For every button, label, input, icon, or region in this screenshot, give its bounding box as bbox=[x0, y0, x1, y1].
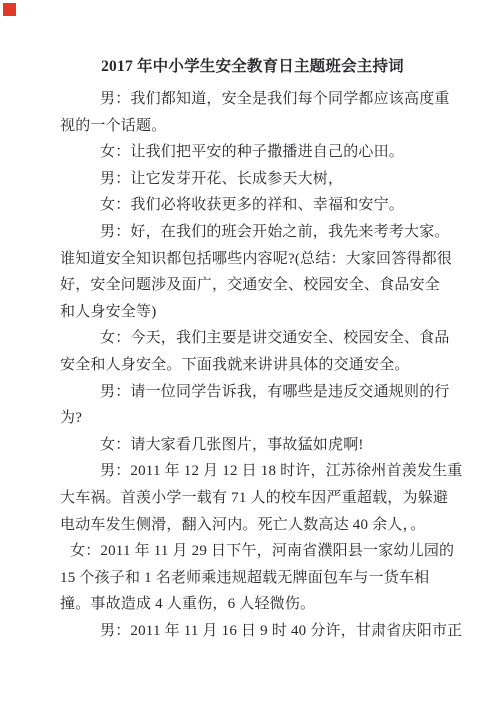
document-text-line: 男：好，在我们的班会开始之前，我先来考考大家。 bbox=[60, 219, 445, 246]
document-text-line: 女：让我们把平安的种子撒播进自己的心田。 bbox=[60, 139, 445, 166]
document-text-line: 安全和人身安全。下面我就来讲讲具体的交通安全。 bbox=[60, 352, 445, 379]
document-text-line: 大车祸。首羡小学一载有 71 人的校车因严重超载，为躲避 bbox=[60, 485, 445, 512]
document-text-line: 撞。事故造成 4 人重伤，6 人轻微伤。 bbox=[60, 591, 445, 618]
document-body: 男：我们都知道，安全是我们每个同学都应该高度重视的一个话题。女：让我们把平安的种… bbox=[60, 86, 445, 644]
document-text-line: 男：让它发芽开花、长成参天大树， bbox=[60, 166, 445, 193]
document-text-line: 视的一个话题。 bbox=[60, 113, 445, 140]
document-page: 2017 年中小学生安全教育日主题班会主持词 男：我们都知道，安全是我们每个同学… bbox=[0, 0, 500, 707]
document-title: 2017 年中小学生安全教育日主题班会主持词 bbox=[60, 54, 445, 80]
document-text-line: 男：我们都知道，安全是我们每个同学都应该高度重 bbox=[60, 86, 445, 113]
document-text-line: 女：2011 年 11 月 29 日下午，河南省濮阳县一家幼儿园的 bbox=[60, 538, 445, 565]
document-text-line: 男：2011 年 11 月 16 日 9 时 40 分许，甘肃省庆阳市正 bbox=[60, 618, 445, 645]
document-text-line: 好，安全问题涉及面广，交通安全、校园安全、食品安全 bbox=[60, 272, 445, 299]
document-text-line: 电动车发生侧滑，翻入河内。死亡人数高达 40 余人，。 bbox=[60, 512, 445, 539]
document-text-line: 男：请一位同学告诉我，有哪些是违反交通规则的行 bbox=[60, 379, 445, 406]
document-text-line: 女：今天，我们主要是讲交通安全、校园安全、食品 bbox=[60, 325, 445, 352]
document-text-line: 女：我们必将收获更多的祥和、幸福和安宁。 bbox=[60, 192, 445, 219]
document-text-line: 谁知道安全知识都包括哪些内容呢?(总结：大家回答得都很 bbox=[60, 246, 445, 273]
document-text-line: 和人身安全等) bbox=[60, 299, 445, 326]
document-text-line: 女：请大家看几张图片，事故猛如虎啊! bbox=[60, 432, 445, 459]
document-text-line: 男：2011 年 12 月 12 日 18 时许，江苏徐州首羡发生重 bbox=[60, 458, 445, 485]
document-text-line: 15 个孩子和 1 名老师乘违规超载无牌面包车与一货车相 bbox=[60, 565, 445, 592]
document-text-line: 为? bbox=[60, 405, 445, 432]
